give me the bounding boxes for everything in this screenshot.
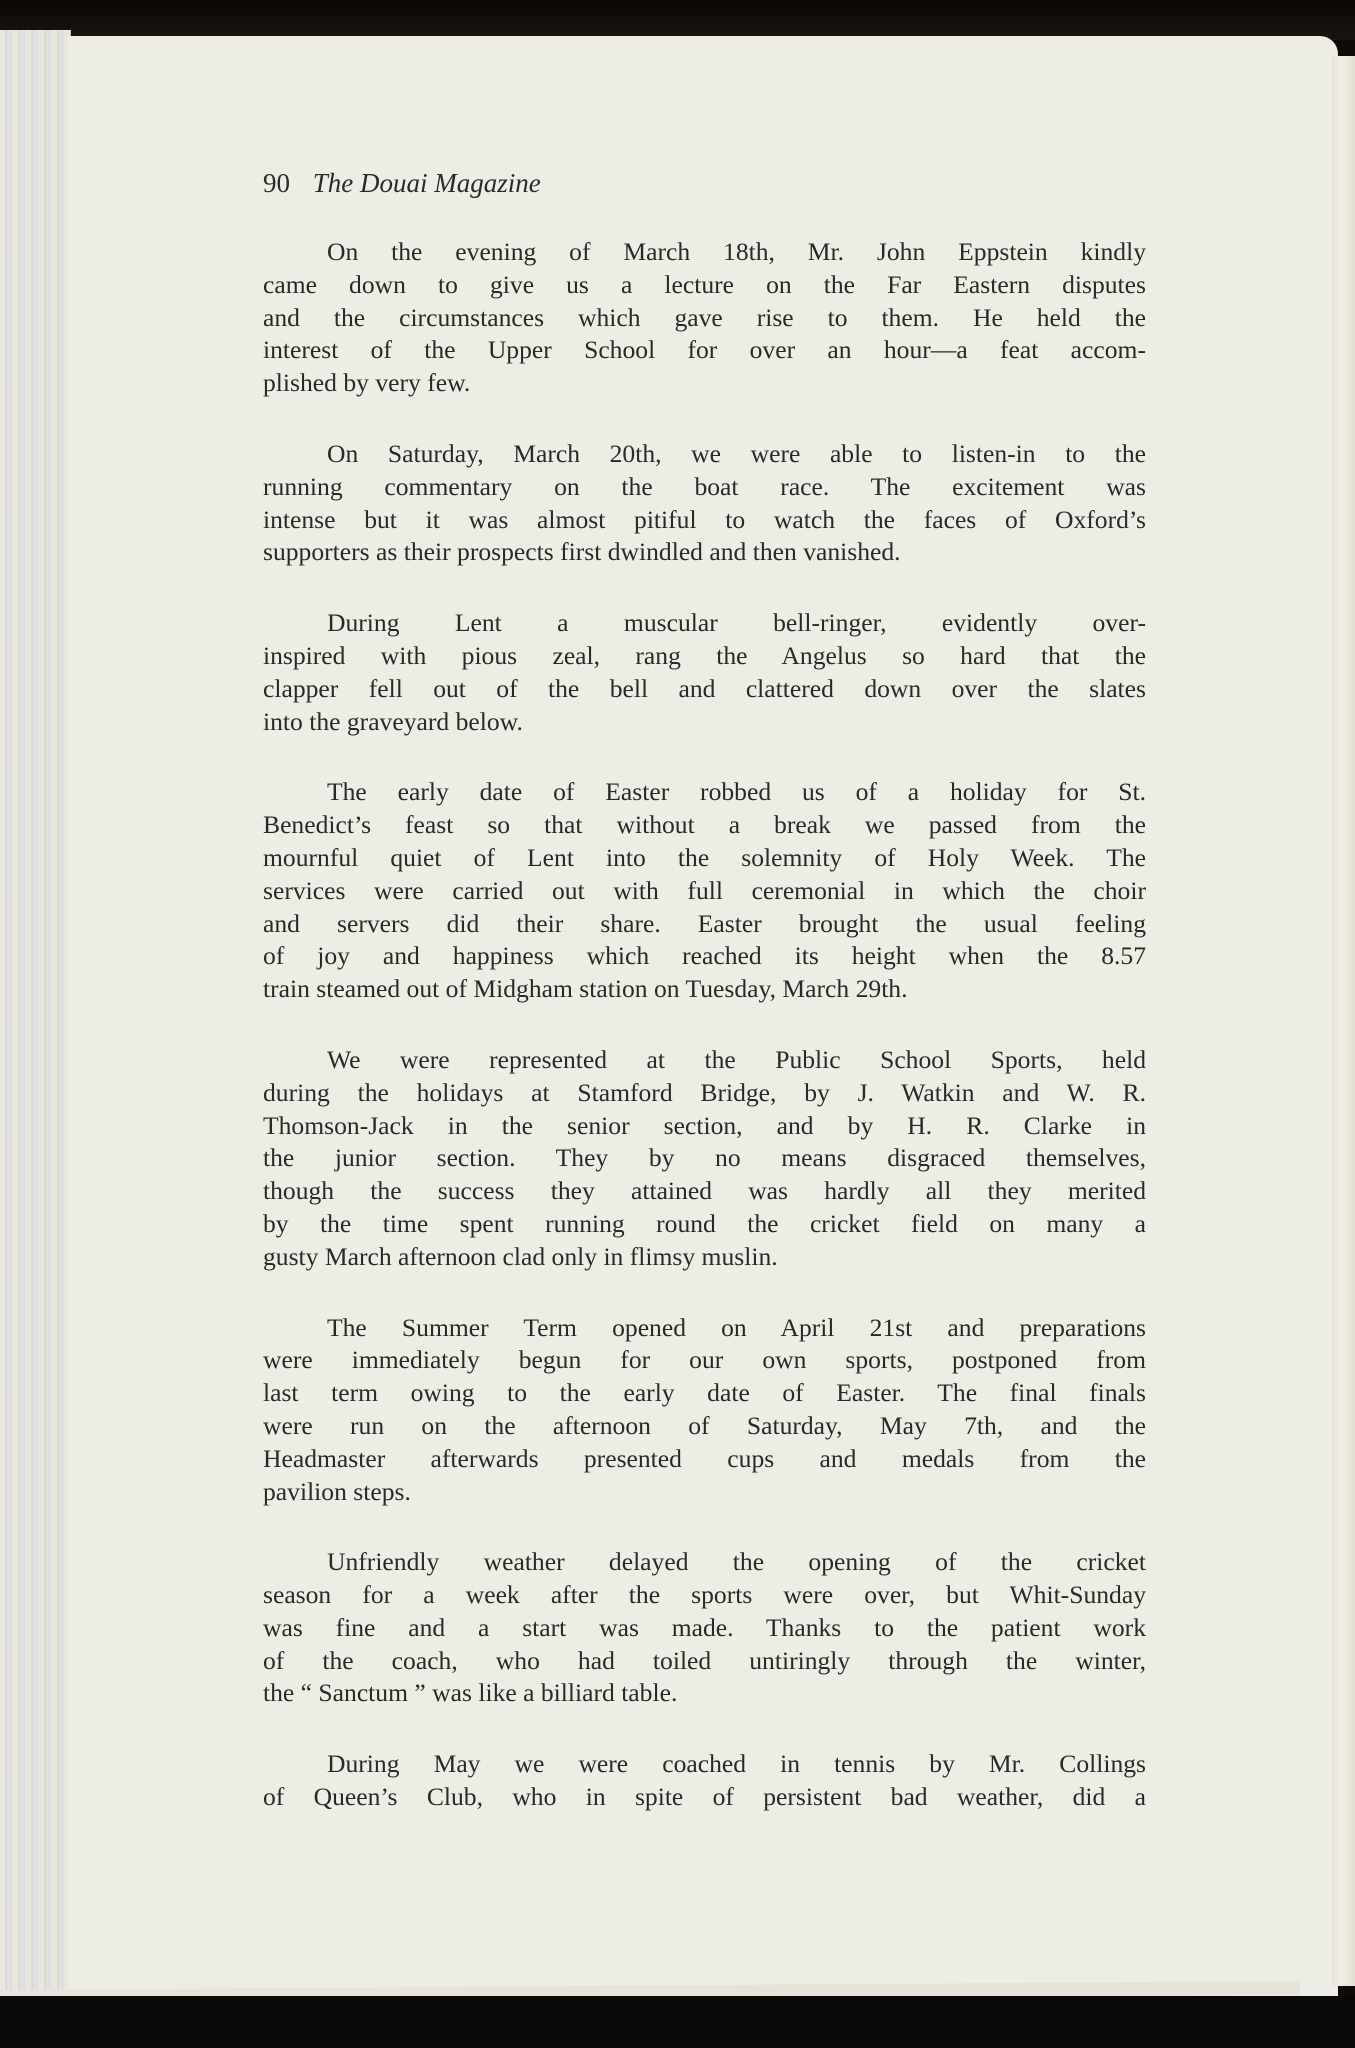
text-line: into the graveyard below. [263,706,1146,739]
text-line: during the holidays at Stamford Bridge, … [263,1077,1146,1110]
publication-title: The Douai Magazine [313,168,541,198]
body-text: On the evening of March 18th, Mr. John E… [263,236,1146,1852]
paragraph: During May we were coached in tennis by … [263,1748,1146,1814]
text-line: were immediately begun for our own sport… [263,1344,1146,1377]
text-line: supporters as their prospects first dwin… [263,536,1146,569]
text-line: the junior section. They by no means dis… [263,1142,1146,1175]
text-line: During Lent a muscular bell-ringer, evid… [263,607,1146,640]
text-line: gusty March afternoon clad only in flims… [263,1241,1146,1274]
text-line: train steamed out of Midgham station on … [263,973,1146,1006]
text-line: were run on the afternoon of Saturday, M… [263,1410,1146,1443]
text-line: plished by very few. [263,367,1146,400]
text-line: by the time spent running round the cric… [263,1208,1146,1241]
text-line: The early date of Easter robbed us of a … [263,776,1146,809]
text-line: interest of the Upper School for over an… [263,334,1146,367]
scan-backdrop-top [0,0,1355,40]
text-line: During May we were coached in tennis by … [263,1748,1146,1781]
text-line: of Queen’s Club, who in spite of persist… [263,1781,1146,1814]
text-line: On Saturday, March 20th, we were able to… [263,438,1146,471]
text-line: of joy and happiness which reached its h… [263,940,1146,973]
text-line: though the success they attained was har… [263,1175,1146,1208]
text-line: of the coach, who had toiled untiringly … [263,1645,1146,1678]
paragraph: We were represented at the Public School… [263,1044,1146,1274]
paragraph: During Lent a muscular bell-ringer, evid… [263,607,1146,738]
text-line: mournful quiet of Lent into the solemnit… [263,842,1146,875]
text-line: inspired with pious zeal, rang the Angel… [263,640,1146,673]
text-line: running commentary on the boat race. The… [263,471,1146,504]
text-line: On the evening of March 18th, Mr. John E… [263,236,1146,269]
text-line: came down to give us a lecture on the Fa… [263,269,1146,302]
text-line: the “ Sanctum ” was like a billiard tabl… [263,1677,1146,1710]
text-line: clapper fell out of the bell and clatter… [263,673,1146,706]
text-line: last term owing to the early date of Eas… [263,1377,1146,1410]
text-line: was fine and a start was made. Thanks to… [263,1612,1146,1645]
text-line: services were carried out with full cere… [263,875,1146,908]
text-line: We were represented at the Public School… [263,1044,1146,1077]
paragraph: The Summer Term opened on April 21st and… [263,1312,1146,1509]
text-line: intense but it was almost pitiful to wat… [263,504,1146,537]
text-line: pavilion steps. [263,1476,1146,1509]
paragraph: The early date of Easter robbed us of a … [263,776,1146,1006]
text-line: Thomson-Jack in the senior section, and … [263,1110,1146,1143]
text-line: season for a week after the sports were … [263,1579,1146,1612]
page-edges-stack [0,30,71,2005]
text-line: The Summer Term opened on April 21st and… [263,1312,1146,1345]
paragraph: On Saturday, March 20th, we were able to… [263,438,1146,569]
text-line: Unfriendly weather delayed the opening o… [263,1546,1146,1579]
running-head: 90 The Douai Magazine [263,168,541,199]
text-line: and the circumstances which gave rise to… [263,302,1146,335]
text-line: Headmaster afterwards presented cups and… [263,1443,1146,1476]
paragraph: Unfriendly weather delayed the opening o… [263,1546,1146,1710]
scan-backdrop-bottom [0,1996,1355,2048]
paragraph: On the evening of March 18th, Mr. John E… [263,236,1146,400]
page-fold-right [1332,56,1355,1986]
text-line: and servers did their share. Easter brou… [263,908,1146,941]
text-line: Benedict’s feast so that without a break… [263,809,1146,842]
page-number: 90 [263,168,290,198]
